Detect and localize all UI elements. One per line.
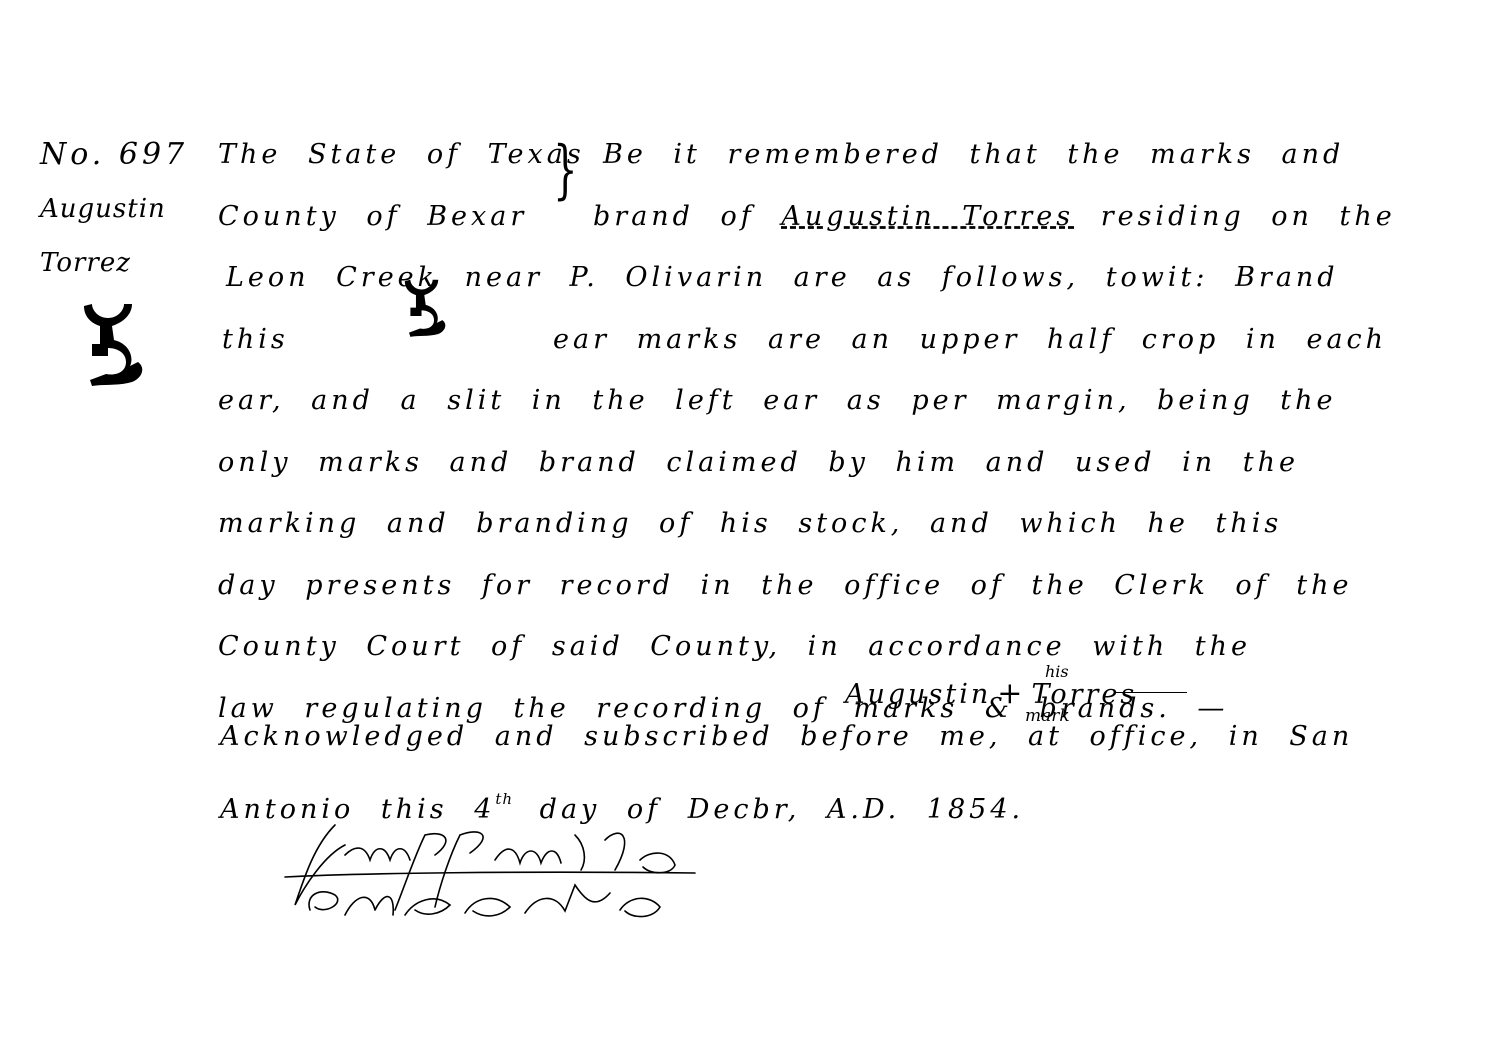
- body-text-segment: ear marks are an upper half crop in each: [553, 315, 1387, 365]
- body-text-segment: this: [222, 315, 289, 365]
- document-page: No. 697 Augustin Torrez } The State of T…: [0, 0, 1500, 1063]
- body-line-4: this ear marks are an upper half crop in…: [218, 315, 1388, 377]
- heading-state: The State of Texas: [218, 130, 585, 180]
- body-line-1: The State of Texas Be it remembered that…: [218, 130, 1388, 192]
- registrant-name: Augustin Torres: [781, 201, 1074, 232]
- clerk-signature-icon: [275, 815, 715, 925]
- margin-name-last: Torrez: [40, 236, 190, 290]
- brand-mark-icon: [78, 300, 148, 392]
- body-line-3: Leon Creek near P. Olivarin are as follo…: [218, 253, 1388, 315]
- body-text-line: marking and branding of his stock, and w…: [218, 499, 1282, 549]
- body-line-5: ear, and a slit in the left ear as per m…: [218, 376, 1388, 438]
- ack-text: Acknowledged and subscribed before me, a…: [220, 712, 1353, 762]
- body-line-8: day presents for record in the office of…: [218, 561, 1388, 623]
- body-text-line: only marks and brand claimed by him and …: [218, 438, 1299, 488]
- ack-day-suffix: th: [495, 790, 513, 808]
- body-text-line: ear, and a slit in the left ear as per m…: [218, 376, 1337, 426]
- body-text-line: day presents for record in the office of…: [218, 561, 1352, 611]
- x-mark-icon: +: [997, 676, 1025, 711]
- body-text-line: Be it remembered that the marks and: [603, 130, 1344, 180]
- record-number: No. 697: [40, 128, 190, 182]
- record-body: The State of Texas Be it remembered that…: [218, 130, 1388, 745]
- body-text-segment: residing on the: [1101, 201, 1396, 232]
- signature-name: Augustin+Torres: [845, 676, 1137, 711]
- body-line-6: only marks and brand claimed by him and …: [218, 438, 1388, 500]
- heading-county: County of Bexar: [218, 192, 527, 242]
- margin-annotation: No. 697 Augustin Torrez: [40, 128, 190, 290]
- signature-rule: [1115, 692, 1187, 693]
- signature-first-name: Augustin: [845, 679, 991, 710]
- margin-name-first: Augustin: [40, 182, 190, 236]
- body-line-7: marking and branding of his stock, and w…: [218, 499, 1388, 561]
- body-line-9: County Court of said County, in accordan…: [218, 622, 1388, 684]
- body-text-line: Leon Creek near P. Olivarin are as follo…: [226, 253, 1339, 303]
- clerk-signature: [275, 815, 715, 925]
- body-text-segment: brand of: [593, 201, 755, 232]
- ack-line-1: Acknowledged and subscribed before me, a…: [220, 712, 1400, 774]
- body-text-line: County Court of said County, in accordan…: [218, 622, 1251, 672]
- body-line-2: County of Bexar brand of Augustin Torres…: [218, 192, 1388, 254]
